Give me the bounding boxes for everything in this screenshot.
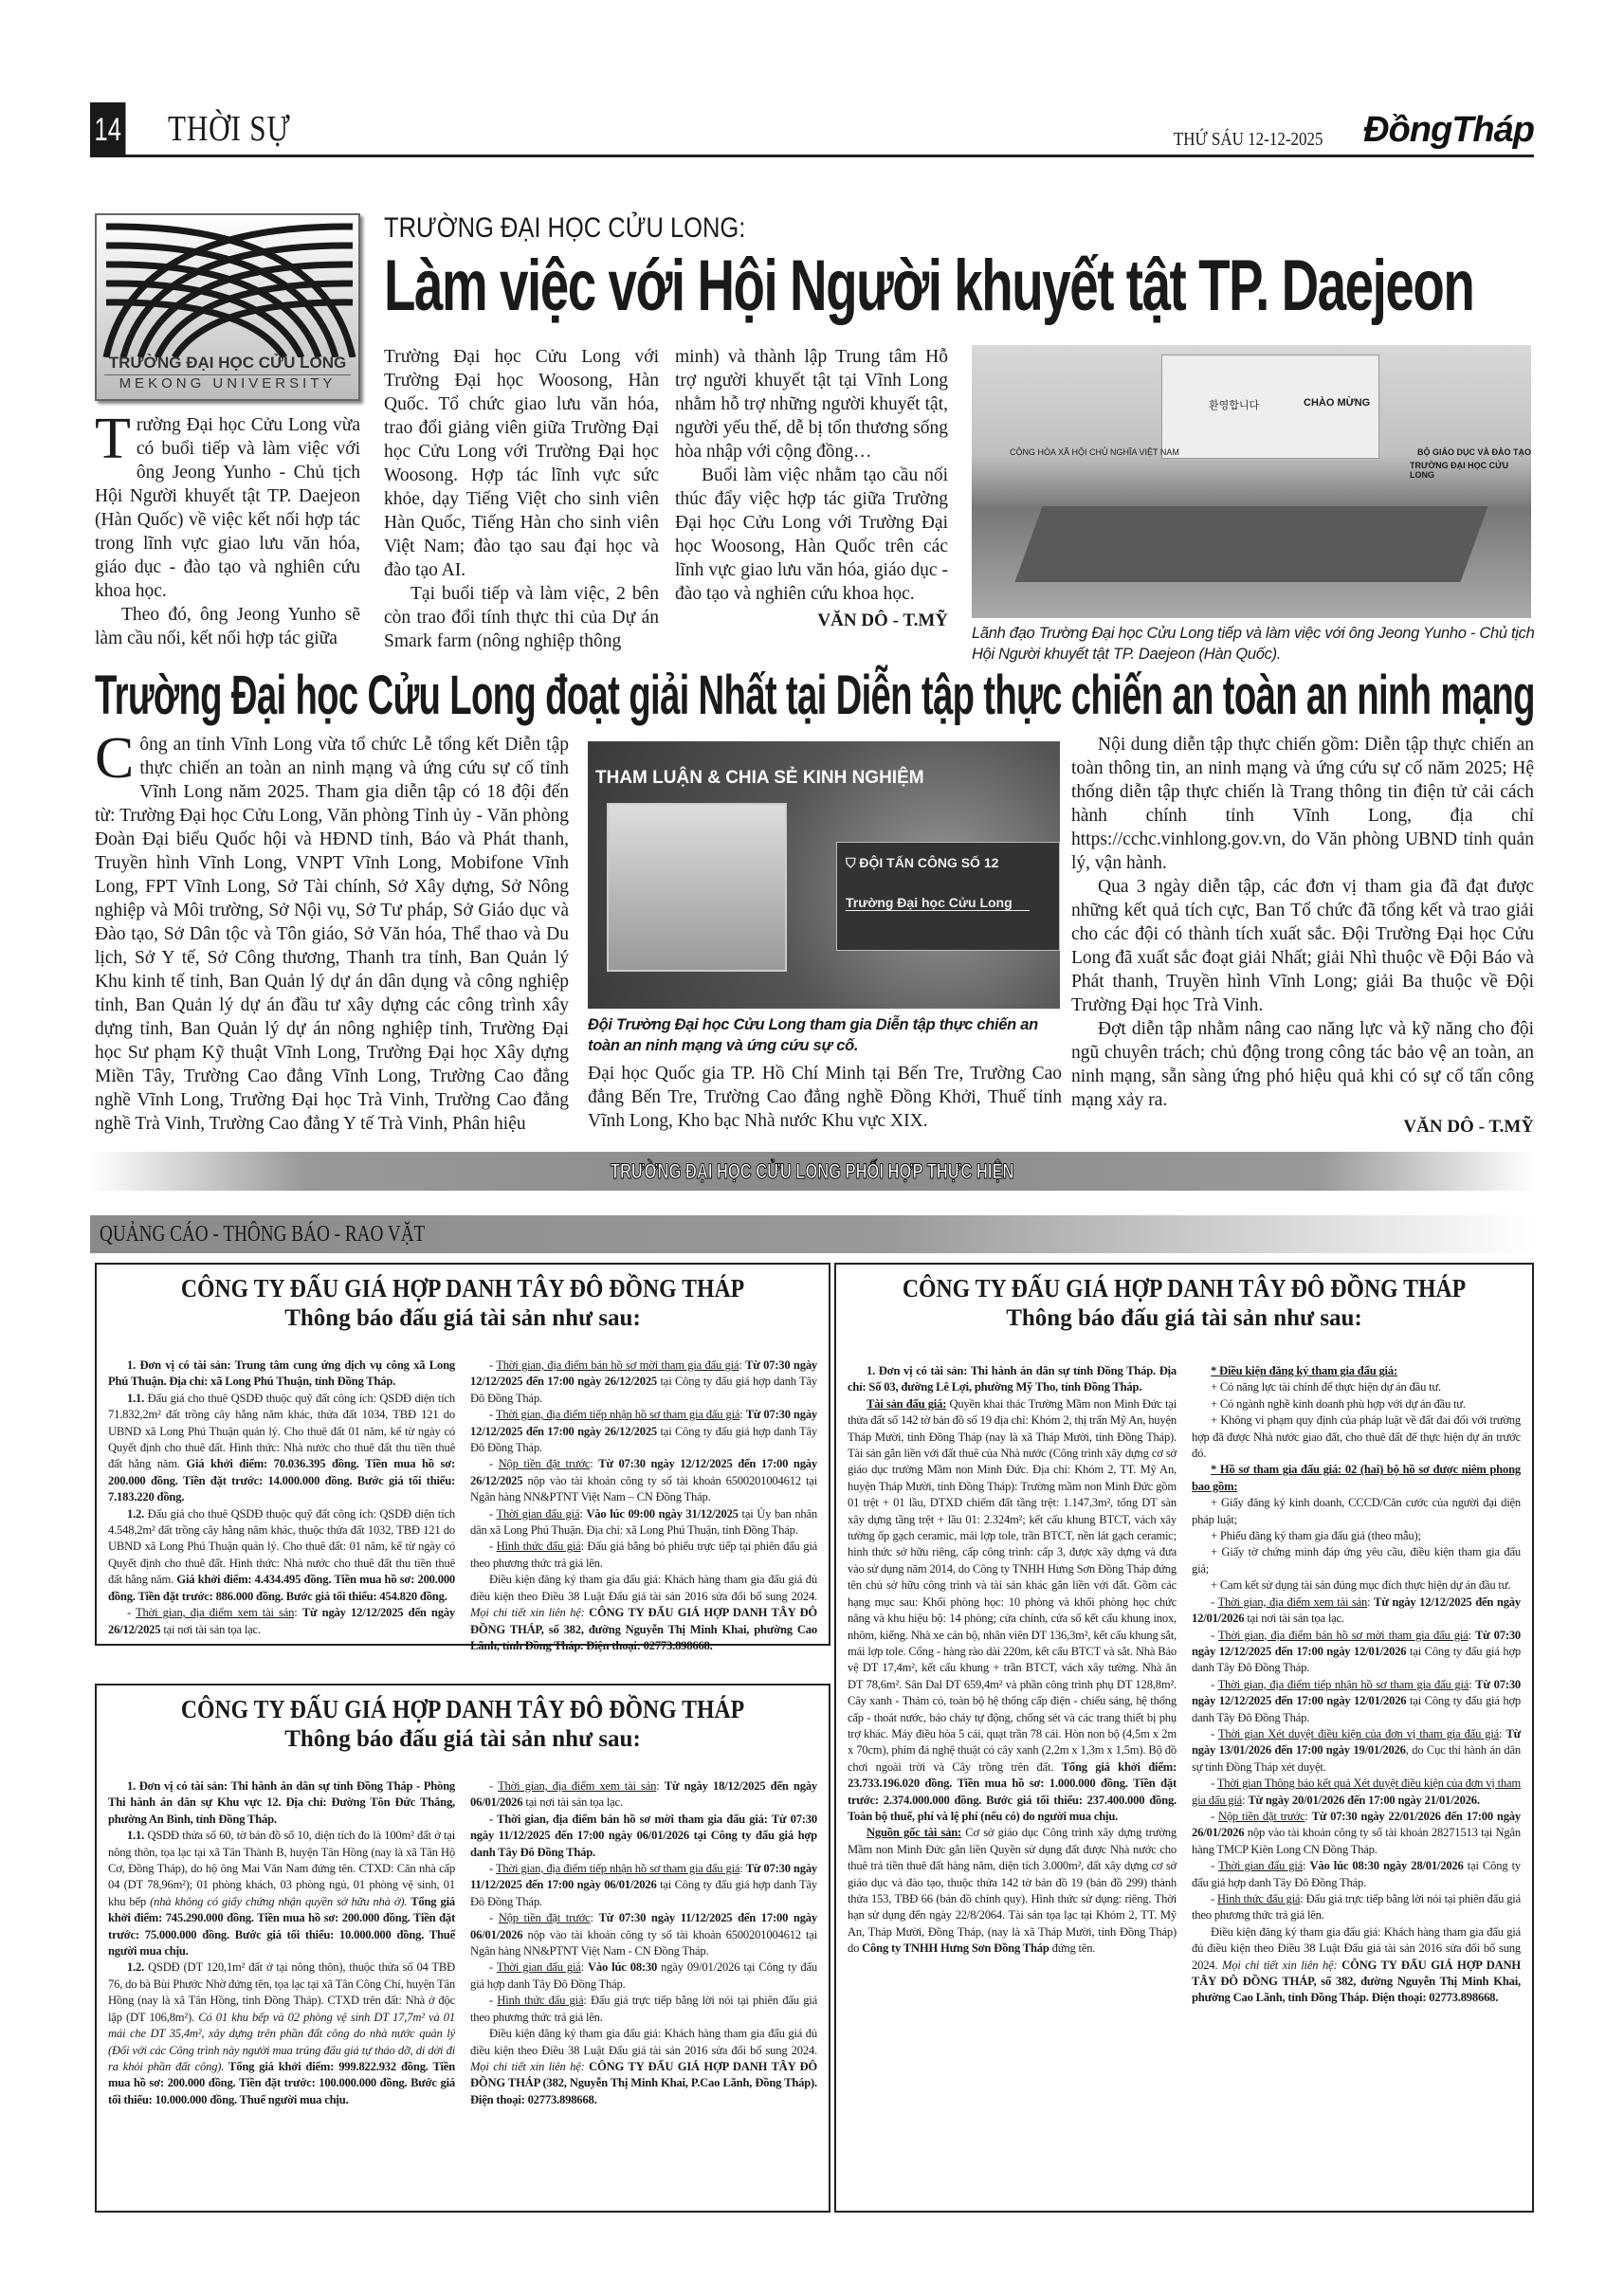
paragraph: Đợt diễn tập nhằm nâng cao năng lực và k… (1071, 1017, 1534, 1112)
ad-paragraph: + Phiếu đăng ký tham gia đấu giá (theo m… (1192, 1528, 1521, 1544)
ads-section-banner: QUẢNG CÁO - THÔNG BÁO - RAO VẶT (90, 1215, 1534, 1253)
ad-paragraph: 1. Đơn vị có tài sản: Thi hành án dân sự… (108, 1778, 455, 1828)
ad-paragraph: + Có năng lực tài chính để thực hiện dự … (1192, 1379, 1521, 1395)
ad-paragraph: - Hình thức đấu giá: Đấu giá trực tiếp b… (1192, 1891, 1521, 1924)
ad-paragraph: - Thời gian, địa điểm bán hồ sơ mời tham… (470, 1358, 817, 1407)
ad-paragraph: * Hồ sơ tham gia đấu giá: 02 (hai) bộ hồ… (1192, 1462, 1521, 1495)
paragraph: Theo đó, ông Jeong Yunho sẽ làm cầu nối,… (95, 603, 360, 650)
ad-paragraph: + Cam kết sử dụng tài sản đúng mục đích … (1192, 1577, 1521, 1594)
ad-paragraph: * Điều kiện đăng ký tham gia đấu giá: (1192, 1363, 1521, 1379)
ad-paragraph: Tài sản đấu giá: Quyền khai thác Trường … (848, 1396, 1177, 1826)
ad-paragraph: 1. Đơn vị có tài sản: Thi hành án dân sự… (848, 1363, 1177, 1396)
article1-headline: Làm việc với Hội Người khuyết tật TP. Da… (384, 245, 1473, 327)
paragraph: Tại buổi tiếp và làm việc, 2 bên còn tra… (384, 582, 659, 653)
article1-photo: CỘNG HÒA XÃ HỘI CHỦ NGHĨA VIỆT NAM 환영합니다… (972, 345, 1531, 618)
ad-paragraph: - Hình thức đấu giá: Đấu giá trực tiếp b… (470, 1993, 817, 2026)
ad-paragraph: - Thời gian đấu giá: Vào lúc 08:30 ngày … (1192, 1858, 1521, 1891)
ad-paragraph: + Giấy tờ chứng minh đáp ứng yêu cầu, đi… (1192, 1544, 1521, 1577)
ad-paragraph: - Nộp tiền đặt trước: Từ 07:30 ngày 11/1… (470, 1910, 817, 1959)
ad-paragraph: 1.2. Đấu giá cho thuê QSDĐ thuộc quỹ đất… (108, 1506, 455, 1605)
ad-paragraph: - Thời gian, địa điểm tiếp nhận hồ sơ th… (1192, 1677, 1521, 1726)
ad-paragraph: - Thời gian, địa điểm tiếp nhận hồ sơ th… (470, 1861, 817, 1910)
ad-paragraph: - Thời gian, địa điểm xem tài sản: Từ ng… (108, 1605, 455, 1638)
ad-paragraph: + Giấy đăng ký kinh doanh, CCCD/Căn cước… (1192, 1495, 1521, 1528)
auction-ad-3: CÔNG TY ĐẤU GIÁ HỢP DANH TÂY ĐÔ ĐỒNG THÁ… (834, 1263, 1534, 2213)
ad-body: 1. Đơn vị có tài sản: Thi hành án dân sự… (108, 1778, 817, 2108)
ad-paragraph: - Thời gian, địa điểm bán hồ sơ mời tham… (470, 1812, 817, 1861)
ad-paragraph: - Thời gian đấu giá: Vào lúc 08:30 ngày … (470, 1959, 817, 1993)
ad-paragraph: - Thời gian, địa điểm tiếp nhận hồ sơ th… (470, 1407, 817, 1456)
ad-paragraph: - Thời gian, địa điểm xem tài sản: Từ ng… (470, 1778, 817, 1812)
ad-paragraph: 1.1. QSDĐ thửa số 60, tờ bản đồ số 10, d… (108, 1828, 455, 1959)
ad-paragraph: - Thời gian Thông báo kết quả Xét duyệt … (1192, 1776, 1521, 1809)
ad-paragraph: 1.2. QSDĐ (DT 120,1m² đất ở tại nông thô… (108, 1959, 455, 2108)
ad-body: 1. Đơn vị có tài sản: Thi hành án dân sự… (848, 1363, 1521, 2007)
article1-col2: Trường Đại học Cửu Long với Trường Đại h… (384, 345, 659, 653)
paragraph: Trường Đại học Cửu Long với Trường Đại h… (384, 345, 659, 582)
ad-col-right: - Thời gian, địa điểm bán hồ sơ mời tham… (470, 1358, 817, 1654)
article2-col3: Nội dung diễn tập thực chiến gồm: Diễn t… (1071, 733, 1534, 1139)
ad-paragraph: - Thời gian, địa điểm xem tài sản: Từ ng… (1192, 1594, 1521, 1628)
auction-ad-2: CÔNG TY ĐẤU GIÁ HỢP DANH TÂY ĐÔ ĐỒNG THÁ… (95, 1684, 830, 2213)
ad-paragraph: 1. Đơn vị có tài sản: Trung tâm cung ứng… (108, 1358, 455, 1391)
article1-col3: minh) và thành lập Trung tâm Hỗ trợ ngườ… (675, 345, 948, 632)
ad-col-left: 1. Đơn vị có tài sản: Trung tâm cung ứng… (108, 1358, 455, 1654)
paragraph: rường Đại học Cửu Long vừa có buổi tiếp … (95, 415, 360, 601)
ad-paragraph: - Thời gian Xét duyệt điều kiện của đơn … (1192, 1726, 1521, 1776)
ad-subtitle: Thông báo đấu giá tài sản như sau: (97, 1726, 829, 1753)
sponsor-banner: TRƯỜNG ĐẠI HỌC CỬU LONG PHỐI HỢP THỰC HI… (90, 1152, 1534, 1191)
newspaper-logo: ĐồngTháp (1363, 110, 1534, 151)
ad-paragraph: Điều kiện đăng ký tham gia đấu giá: Khác… (470, 2026, 817, 2108)
article2-col1: Công an tỉnh Vĩnh Long vừa tổ chức Lễ tổ… (95, 733, 569, 1136)
ad-subtitle: Thông báo đấu giá tài sản như sau: (97, 1305, 829, 1332)
logo-subtitle: MEKONG UNIVERSITY (104, 374, 351, 392)
ad-paragraph: - Hình thức đấu giá: Đấu giá bằng bỏ phi… (470, 1539, 817, 1572)
article2-photo: THAM LUẬN & CHIA SẺ KINH NGHIỆM ⛉ ĐỘI TẤ… (588, 741, 1060, 1009)
byline: VĂN DÔ - T.MỸ (1071, 1115, 1534, 1139)
issue-date: THỨ SÁU 12-12-2025 (1174, 129, 1323, 151)
auction-ad-1: CÔNG TY ĐẤU GIÁ HỢP DANH TÂY ĐÔ ĐỒNG THÁ… (95, 1263, 830, 1646)
ad-company-name: CÔNG TY ĐẤU GIÁ HỢP DANH TÂY ĐÔ ĐỒNG THÁ… (140, 1274, 784, 1303)
article1-photo-caption: Lãnh đạo Trường Đại học Cửu Long tiếp và… (972, 623, 1536, 665)
paragraph: Buổi làm việc nhằm tạo cầu nối thúc đẩy … (675, 464, 948, 606)
ad-col-right: - Thời gian, địa điểm xem tài sản: Từ ng… (470, 1778, 817, 2108)
article2-col2: Đại học Quốc gia TP. Hồ Chí Minh tại Bến… (588, 1062, 1062, 1133)
ad-col-right: * Điều kiện đăng ký tham gia đấu giá:+ C… (1192, 1363, 1521, 2007)
ad-col-left: 1. Đơn vị có tài sản: Thi hành án dân sự… (848, 1363, 1177, 2007)
page-number: 14 (90, 102, 126, 157)
article1-col1: Trường Đại học Cửu Long vừa có buổi tiếp… (95, 413, 360, 650)
ad-col-left: 1. Đơn vị có tài sản: Thi hành án dân sự… (108, 1778, 455, 2108)
ad-paragraph: - Thời gian, địa điểm bán hồ sơ mời tham… (1192, 1628, 1521, 1677)
article1-kicker: TRƯỜNG ĐẠI HỌC CỬU LONG: (384, 212, 745, 245)
ad-paragraph: Nguồn gốc tài sản: Cơ sở giáo dục Công t… (848, 1825, 1177, 1957)
paragraph: Nội dung diễn tập thực chiến gồm: Diễn t… (1071, 733, 1534, 875)
ad-paragraph: 1.1. Đấu giá cho thuê QSDĐ thuộc quỹ đất… (108, 1391, 455, 1506)
logo-title: TRƯỜNG ĐẠI HỌC CỬU LONG (97, 354, 358, 373)
paragraph: minh) và thành lập Trung tâm Hỗ trợ ngườ… (675, 345, 948, 464)
dropcap: T (95, 415, 131, 463)
ad-paragraph: Điều kiện đăng ký tham gia đấu giá: Khác… (1192, 1924, 1521, 2007)
ad-subtitle: Thông báo đấu giá tài sản như sau: (836, 1305, 1532, 1332)
ad-company-name: CÔNG TY ĐẤU GIÁ HỢP DANH TÂY ĐÔ ĐỒNG THÁ… (878, 1274, 1490, 1303)
article2-photo-caption: Đội Trường Đại học Cửu Long tham gia Diễ… (588, 1014, 1062, 1056)
ad-company-name: CÔNG TY ĐẤU GIÁ HỢP DANH TÂY ĐÔ ĐỒNG THÁ… (140, 1695, 784, 1724)
paragraph: Qua 3 ngày diễn tập, các đơn vị tham gia… (1071, 875, 1534, 1017)
arches-logo-icon (97, 215, 360, 357)
ad-paragraph: + Có ngành nghề kinh doanh phù hợp với d… (1192, 1396, 1521, 1412)
paragraph: Đại học Quốc gia TP. Hồ Chí Minh tại Bến… (588, 1062, 1062, 1133)
paragraph: ông an tỉnh Vĩnh Long vừa tổ chức Lễ tổn… (95, 735, 569, 1134)
shield-icon: ⛉ ĐỘI TẤN CÔNG SỐ 12 (846, 855, 998, 871)
ad-body: 1. Đơn vị có tài sản: Trung tâm cung ứng… (108, 1358, 817, 1654)
ad-paragraph: + Không vi phạm quy định của pháp luật v… (1192, 1412, 1521, 1462)
ad-paragraph: - Nộp tiền đặt trước: Từ 07:30 ngày 22/0… (1192, 1809, 1521, 1858)
university-logo: TRƯỜNG ĐẠI HỌC CỬU LONG MEKONG UNIVERSIT… (95, 213, 360, 401)
page-masthead: 14 THỜI SỰ THỨ SÁU 12-12-2025 ĐồngTháp (90, 102, 1534, 157)
dropcap: C (95, 735, 134, 782)
section-title: THỜI SỰ (168, 108, 290, 150)
ad-paragraph: Điều kiện đăng ký tham gia đấu giá: Khác… (470, 1572, 817, 1654)
ad-paragraph: - Nộp tiền đặt trước: Từ 07:30 ngày 12/1… (470, 1456, 817, 1505)
byline: VĂN DÔ - T.MỸ (675, 609, 948, 632)
article2-headline: Trường Đại học Cửu Long đoạt giải Nhất t… (95, 664, 1535, 727)
ad-paragraph: - Thời gian đấu giá: Vào lúc 09:00 ngày … (470, 1506, 817, 1540)
